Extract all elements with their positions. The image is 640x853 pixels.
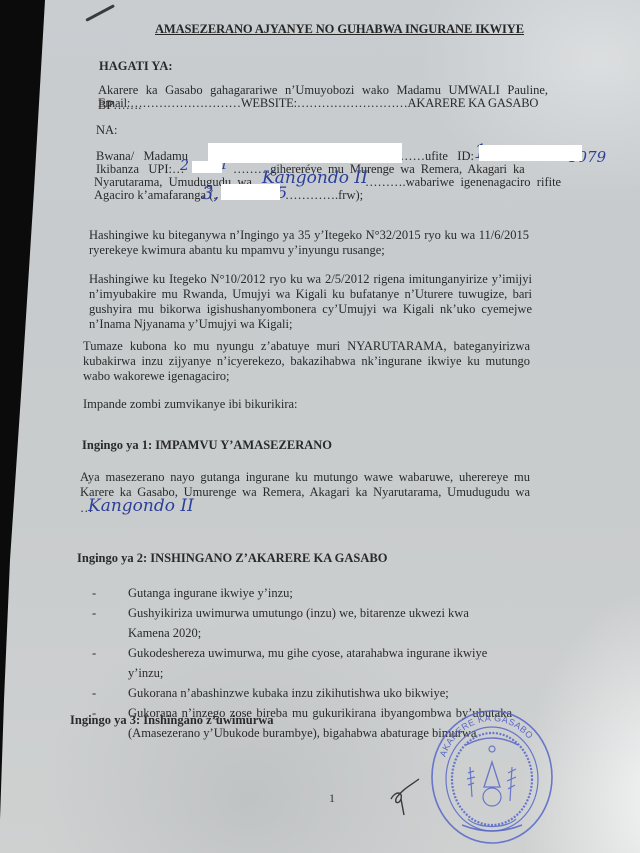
page-number: 1 [329, 791, 335, 806]
signature-icon [385, 773, 430, 818]
redaction-name [208, 143, 402, 163]
official-stamp-icon: AKARERE KA GASABO [428, 707, 556, 847]
redaction-id [479, 145, 582, 161]
parties-heading: HAGATI YA: [99, 59, 173, 74]
paragraph-nyarutarama: Tumaze kubona ko mu nyungu z’abatuye mur… [83, 339, 530, 384]
article3-heading: Ingingo ya 3: Inshingano z’uwimurwa [70, 713, 274, 728]
party2-heading: NA: [96, 123, 118, 138]
party1-line2: Email:………………………WEBSITE:………………………AKARERE … [98, 96, 558, 111]
list-item: - Gukodeshereza uwimurwa, mu gihe cyose,… [92, 643, 512, 683]
paragraph-law-32-2015: Hashingiwe ku biteganywa n’Ingingo ya 35… [89, 228, 529, 258]
bullet-dash: - [92, 583, 96, 603]
agreement-intro: Impande zombi zumvikanye ibi bikurikira: [83, 397, 298, 412]
list-item-text: Gutanga ingurane ikwiye y’inzu; [128, 586, 293, 600]
pen-mark [85, 4, 115, 22]
paragraph-law-10-2012: Hashingiwe ku Itegeko N°10/2012 ryo ku w… [89, 272, 532, 332]
bullet-dash: - [92, 683, 96, 703]
list-item: - Gutanga ingurane ikwiye y’inzu; [92, 583, 512, 603]
list-item-text: Gukorana n’abashinzwe kubaka inzu zikihu… [128, 686, 449, 700]
list-item-text: Gushyikiriza uwimurwa umutungo (inzu) we… [128, 606, 469, 640]
list-item: - Gukorana n’abashinzwe kubaka inzu ziki… [92, 683, 512, 703]
article1-heading: Ingingo ya 1: IMPAMVU Y’AMASEZERANO [82, 438, 332, 453]
redaction-upi [192, 161, 222, 173]
document-title: AMASEZERANO AJYANYE NO GUHABWA INGURANE … [155, 22, 524, 37]
list-item-text: Gukodeshereza uwimurwa, mu gihe cyose, a… [128, 646, 487, 680]
document-page: AMASEZERANO AJYANYE NO GUHABWA INGURANE … [0, 0, 640, 853]
handwritten-article1-umudugudu: Kangondo II [88, 496, 194, 516]
article2-heading: Ingingo ya 2: INSHINGANO Z’AKARERE KA GA… [77, 551, 387, 566]
list-item: - Gushyikiriza uwimurwa umutungo (inzu) … [92, 603, 512, 643]
handwritten-upi-prefix: 2 [180, 158, 189, 174]
party2-line4-label: Agaciro k’amafaranga (. [94, 188, 217, 203]
handwritten-amount-prefix: 3, [202, 183, 219, 204]
redaction-amount [221, 184, 280, 200]
party2-line4-currency: ………….frw); [285, 188, 363, 203]
bullet-dash: - [92, 643, 96, 663]
bullet-dash: - [92, 603, 96, 623]
party2-line3-valuation: ……….wabariwe igenenagaciro rifite [365, 175, 561, 190]
